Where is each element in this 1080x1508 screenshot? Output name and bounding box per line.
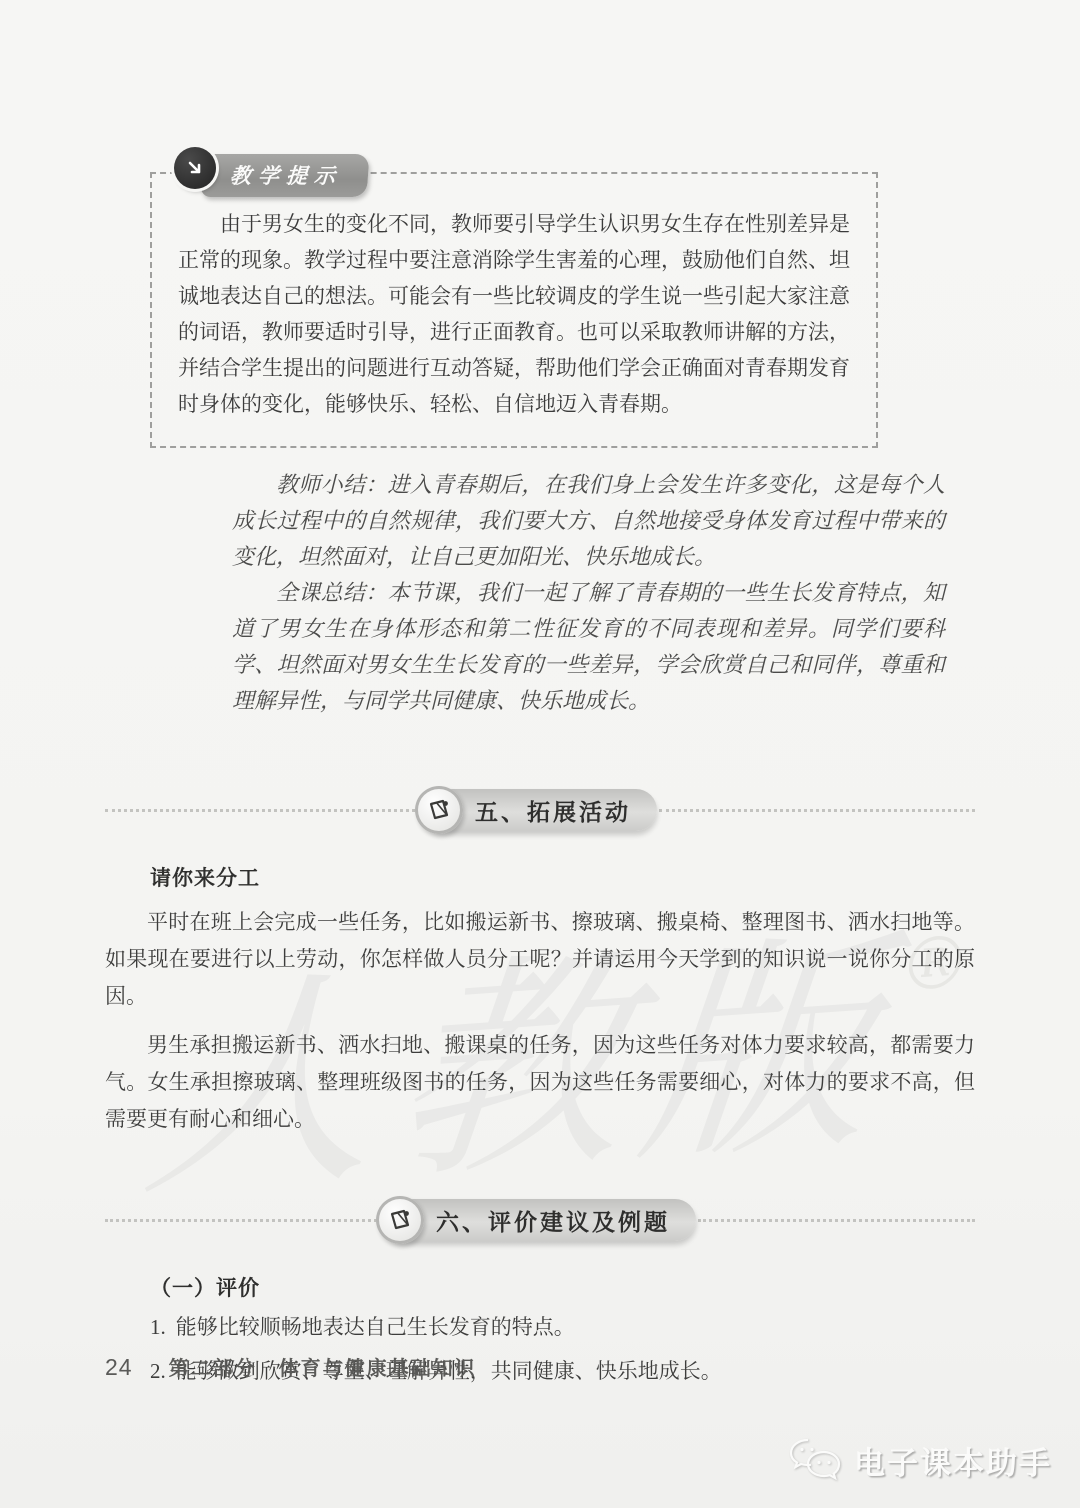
item-number: 1. <box>150 1315 166 1339</box>
section5-header: 五、拓展活动 <box>105 784 975 836</box>
section5-paragraph-1: 平时在班上会完成一些任务，比如搬运新书、擦玻璃、搬桌椅、整理图书、洒水扫地等。如… <box>105 904 975 1015</box>
textbook-page: 人教版® 教学提示 由于男女生的变化不同，教师要引导学生认识男女生存在性别差异是… <box>0 0 1080 1508</box>
teacher-summary-paragraph: 教师小结：进入青春期后，在我们身上会发生许多变化，这是每个人成长过程中的自然规律… <box>232 468 945 576</box>
dotted-rule-left <box>105 1219 382 1222</box>
ebook-assistant-logo: 电子课本助手 <box>786 1436 1052 1484</box>
summary-block: 教师小结：进入青春期后，在我们身上会发生许多变化，这是每个人成长过程中的自然规律… <box>232 468 945 720</box>
dotted-rule-right <box>659 809 975 812</box>
dotted-rule-left <box>105 809 421 812</box>
wechat-icon <box>786 1436 844 1484</box>
section6-title-pill: 六、评价建议及例题 <box>384 1199 696 1241</box>
footer-section-label: 第二部分 <box>169 1352 257 1381</box>
dotted-rule-right <box>698 1219 975 1222</box>
section6-title: 六、评价建议及例题 <box>436 1204 670 1237</box>
brand-name: 电子课本助手 <box>854 1438 1052 1483</box>
teaching-tip-badge: 教学提示 <box>174 154 368 197</box>
open-book-icon <box>376 1196 424 1244</box>
section6-header: 六、评价建议及例题 <box>105 1194 975 1246</box>
teaching-tip-text: 由于男女生的变化不同，教师要引导学生认识男女生存在性别差异是正常的现象。教学过程… <box>178 206 850 422</box>
page-number: 24 <box>105 1354 133 1381</box>
teaching-tip-box: 教学提示 由于男女生的变化不同，教师要引导学生认识男女生存在性别差异是正常的现象… <box>150 172 878 448</box>
item-text: 能够比较顺畅地表达自己生长发育的特点。 <box>176 1315 575 1339</box>
course-summary-paragraph: 全课总结：本节课，我们一起了解了青春期的一些生长发育特点，知道了男女生在身体形态… <box>232 576 945 720</box>
evaluation-item: 1.能够比较顺畅地表达自己生长发育的特点。 <box>150 1308 975 1346</box>
section5-subheading: 请你来分工 <box>150 862 975 892</box>
section5-title-pill: 五、拓展活动 <box>423 789 657 831</box>
section5-title: 五、拓展活动 <box>475 794 631 827</box>
page-content: 教学提示 由于男女生的变化不同，教师要引导学生认识男女生存在性别差异是正常的现象… <box>0 172 1080 1390</box>
footer-book-title: 体育与健康基础知识 <box>279 1352 477 1381</box>
teaching-tip-badge-label: 教学提示 <box>200 154 369 197</box>
section6-subheading: （一）评价 <box>150 1272 975 1302</box>
page-footer: 24 第二部分 体育与健康基础知识 <box>105 1352 477 1381</box>
arrow-down-right-icon <box>174 147 216 189</box>
open-book-icon <box>415 786 463 834</box>
section5-paragraph-2: 男生承担搬运新书、洒水扫地、搬课桌的任务，因为这些任务对体力要求较高，都需要力气… <box>105 1027 975 1138</box>
